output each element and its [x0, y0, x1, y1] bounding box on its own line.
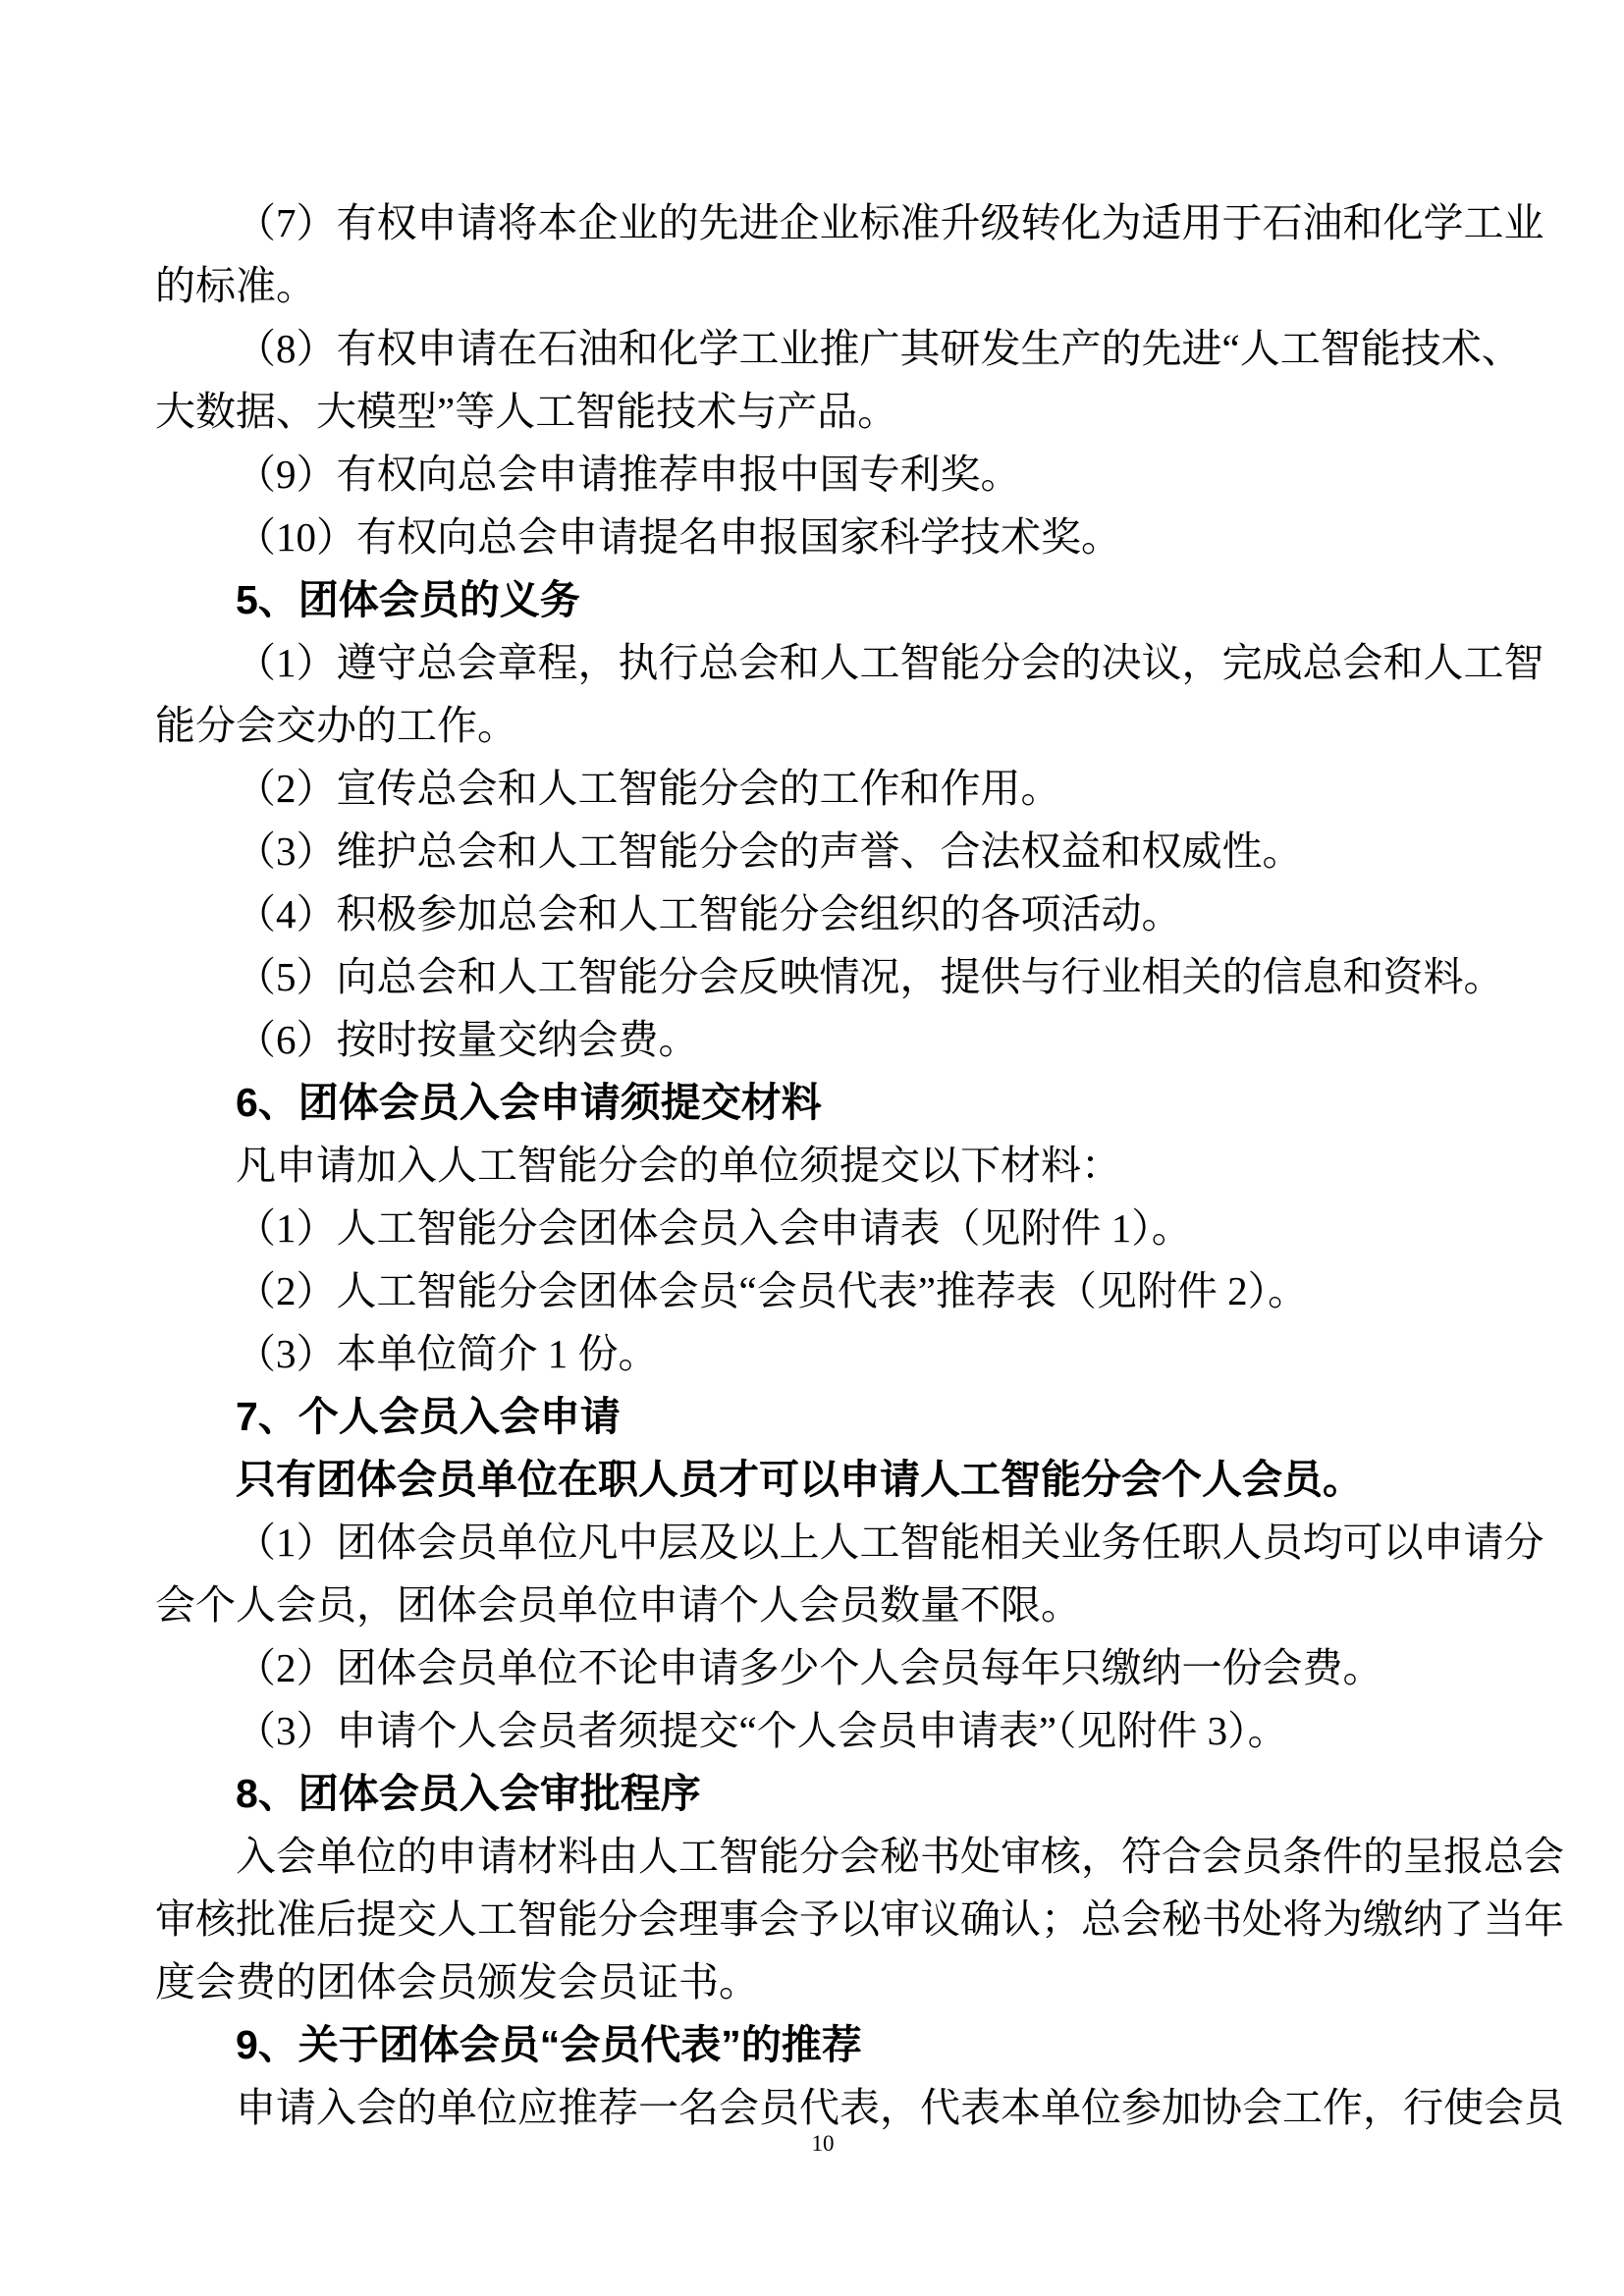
document-page: （7）有权申请将本企业的先进企业标准升级转化为适用于石油和化学工业的标准。（8）… [0, 0, 1624, 2296]
text-line: 能分会交办的工作。 [155, 694, 1490, 757]
page-number: 10 [155, 2128, 1490, 2160]
text-line: （6）按时按量交纳会费。 [155, 1008, 1490, 1071]
text-line: （2）宣传总会和人工智能分会的工作和作用。 [155, 757, 1490, 820]
text-line: （4）积极参加总会和人工智能分会组织的各项活动。 [155, 882, 1490, 945]
text-line: （2）团体会员单位不论申请多少个人会员每年只缴纳一份会费。 [155, 1636, 1490, 1699]
text-line: （3）维护总会和人工智能分会的声誉、合法权益和权威性。 [155, 820, 1490, 882]
text-line: 度会费的团体会员颁发会员证书。 [155, 1950, 1490, 2013]
text-line: （1）人工智能分会团体会员入会申请表（见附件 1）。 [155, 1197, 1490, 1259]
section-heading-line: 只有团体会员单位在职人员才可以申请人工智能分会个人会员。 [155, 1448, 1490, 1511]
text-line: （3）申请个人会员者须提交“个人会员申请表”（见附件 3）。 [155, 1699, 1490, 1762]
text-line: （9）有权向总会申请推荐申报中国专利奖。 [155, 443, 1490, 506]
text-line: 的标准。 [155, 254, 1490, 317]
text-line: 凡申请加入人工智能分会的单位须提交以下材料： [155, 1134, 1490, 1197]
text-line: 入会单位的申请材料由人工智能分会秘书处审核，符合会员条件的呈报总会 [155, 1825, 1490, 1888]
text-line: （1）团体会员单位凡中层及以上人工智能相关业务任职人员均可以申请分 [155, 1511, 1490, 1574]
text-line: （10）有权向总会申请提名申报国家科学技术奖。 [155, 506, 1490, 568]
text-line: 会个人会员，团体会员单位申请个人会员数量不限。 [155, 1574, 1490, 1636]
section-heading-line: 7、个人会员入会申请 [155, 1385, 1490, 1448]
section-heading-line: 8、团体会员入会审批程序 [155, 1762, 1490, 1825]
document-body: （7）有权申请将本企业的先进企业标准升级转化为适用于石油和化学工业的标准。（8）… [155, 191, 1490, 2139]
text-line: （1）遵守总会章程，执行总会和人工智能分会的决议，完成总会和人工智 [155, 631, 1490, 694]
section-heading-line: 6、团体会员入会申请须提交材料 [155, 1071, 1490, 1134]
text-line: （3）本单位简介 1 份。 [155, 1322, 1490, 1385]
section-heading-line: 5、团体会员的义务 [155, 568, 1490, 631]
text-line: （7）有权申请将本企业的先进企业标准升级转化为适用于石油和化学工业 [155, 191, 1490, 254]
section-heading-line: 9、关于团体会员“会员代表”的推荐 [155, 2013, 1490, 2076]
text-line: （5）向总会和人工智能分会反映情况，提供与行业相关的信息和资料。 [155, 945, 1490, 1008]
text-line: 审核批准后提交人工智能分会理事会予以审议确认；总会秘书处将为缴纳了当年 [155, 1888, 1490, 1950]
text-line: （2）人工智能分会团体会员“会员代表”推荐表（见附件 2）。 [155, 1259, 1490, 1322]
text-line: 大数据、大模型”等人工智能技术与产品。 [155, 380, 1490, 443]
text-line: （8）有权申请在石油和化学工业推广其研发生产的先进“人工智能技术、 [155, 317, 1490, 380]
